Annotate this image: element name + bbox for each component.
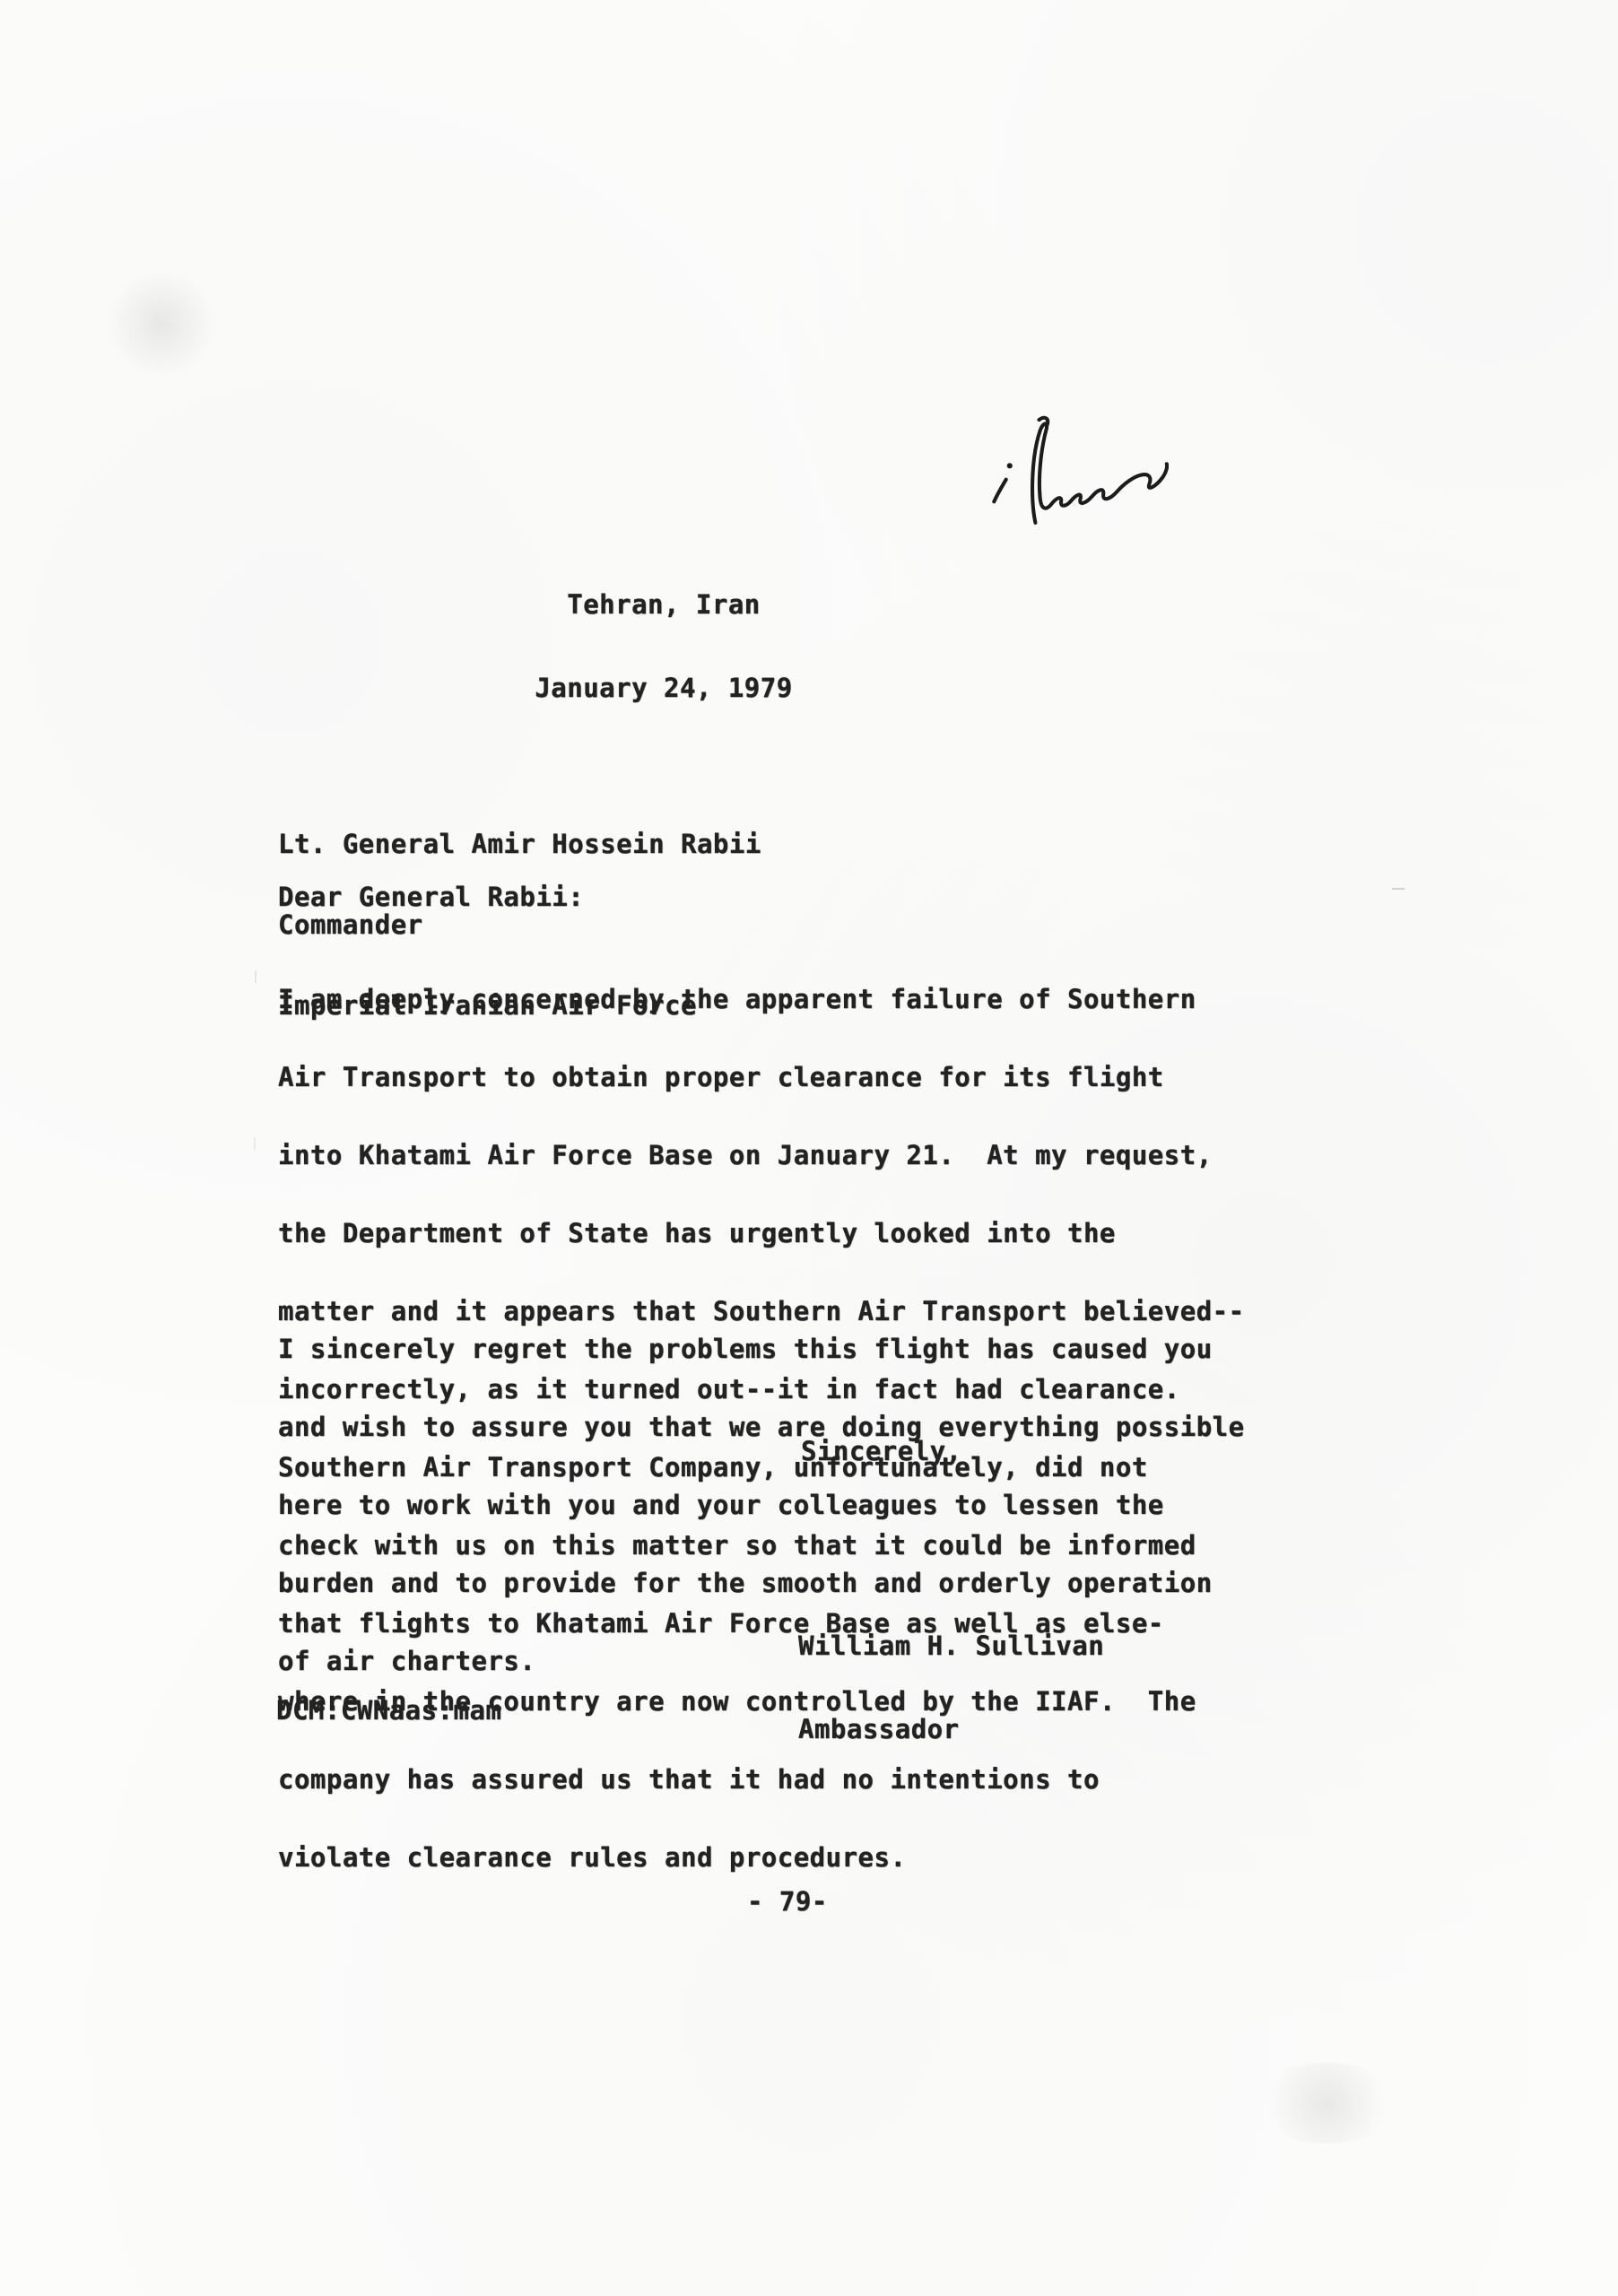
handwriting-dot (1007, 463, 1013, 468)
scan-smudge (108, 269, 215, 377)
recipient-name: Lt. General Amir Hossein Rabii (278, 831, 761, 857)
letter-line: here to work with you and your colleague… (278, 1492, 1245, 1518)
scan-artifact (255, 970, 257, 983)
letter-line: I sincerely regret the problems this fli… (278, 1336, 1245, 1362)
dateline-location: Tehran, Iran (484, 591, 843, 619)
letter-line: and wish to assure you that we are doing… (278, 1414, 1245, 1440)
letter-line: violate clearance rules and procedures. (278, 1845, 1245, 1871)
handwriting-stroke (994, 480, 1005, 502)
handwritten-annotation (985, 414, 1169, 529)
salutation: Dear General Rabii: (278, 884, 584, 910)
signer-title: Ambassador (798, 1716, 1104, 1744)
handwriting-stroke (1032, 423, 1167, 522)
reference-initials: DCM:CWNaas:mam (276, 1698, 501, 1724)
dateline-date: January 24, 1979 (484, 674, 843, 702)
letter-line: I am deeply concerned by the apparent fa… (278, 987, 1245, 1013)
signature-block: William H. Sullivan Ambassador (798, 1577, 1104, 1799)
page-number: - 79- (747, 1889, 828, 1915)
dateline: Tehran, Iran January 24, 1979 (484, 535, 843, 758)
signer-name: William H. Sullivan (798, 1632, 1104, 1660)
letter-line: into Khatami Air Force Base on January 2… (278, 1143, 1245, 1169)
letter-line: Air Transport to obtain proper clearance… (278, 1065, 1245, 1091)
scan-smudge (1256, 2063, 1399, 2144)
valediction: Sincerely, (801, 1439, 962, 1465)
scanned-letter-page: Tehran, Iran January 24, 1979 Lt. Genera… (0, 0, 1618, 2296)
scan-artifact (254, 1137, 256, 1150)
scan-artifact (1392, 888, 1405, 890)
letter-line: the Department of State has urgently loo… (278, 1221, 1245, 1247)
